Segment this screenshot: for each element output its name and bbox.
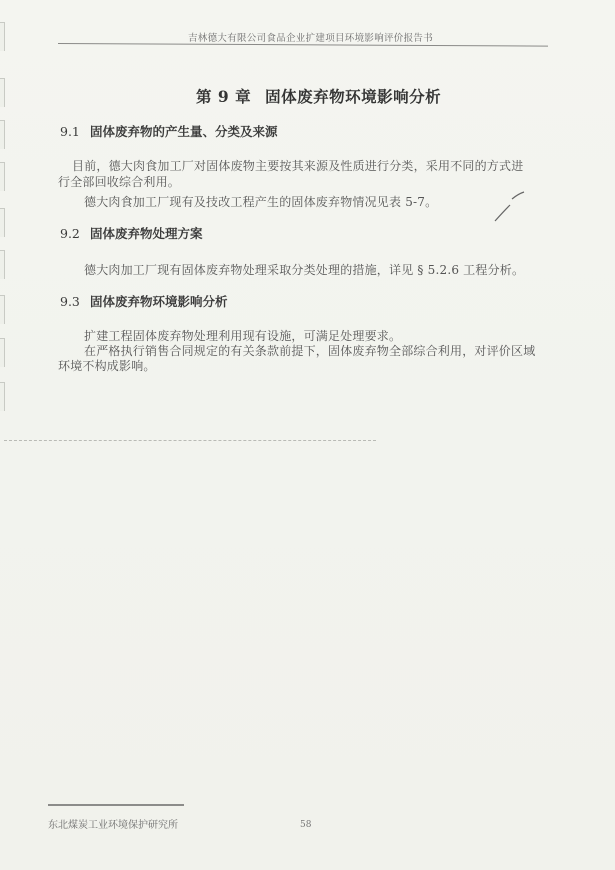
binding-mark: [0, 208, 5, 237]
scan-artifact-line: [4, 440, 376, 441]
chapter-title: 第 9 章固体废弃物环境影响分析: [196, 85, 441, 107]
paragraph-line: 环境不构成影响。: [58, 358, 156, 374]
binding-mark: [0, 250, 5, 279]
running-header: 吉林德大有限公司食品企业扩建项目环境影响评价报告书: [188, 30, 433, 44]
section-title: 固体废弃物处理方案: [90, 226, 203, 241]
binding-mark: [0, 120, 5, 149]
chapter-number: 第 9 章: [196, 87, 251, 106]
scanned-document-page: 吉林德大有限公司食品企业扩建项目环境影响评价报告书 第 9 章固体废弃物环境影响…: [0, 0, 615, 870]
paragraph-line: 扩建工程固体废弃物处理利用现有设施，可满足处理要求。: [84, 328, 401, 344]
paragraph-line: 德大肉食加工厂现有及技改工程产生的固体废弃物情况见表 5-7。: [84, 194, 437, 210]
paragraph-line: 行全部回收综合利用。: [58, 174, 180, 190]
section-number: 9.1: [60, 124, 90, 139]
section-heading-9-2: 9.2固体废弃物处理方案: [60, 224, 203, 242]
section-heading-9-1: 9.1固体废弃物的产生量、分类及来源: [60, 122, 278, 140]
binding-mark: [0, 78, 5, 107]
section-title: 固体废弃物环境影响分析: [90, 294, 228, 309]
section-title: 固体废弃物的产生量、分类及来源: [90, 124, 278, 139]
header-divider: [58, 43, 548, 47]
chapter-title-text: 固体废弃物环境影响分析: [265, 87, 441, 106]
section-number: 9.3: [60, 294, 90, 309]
binding-mark: [0, 22, 5, 51]
footer-organization: 东北煤炭工业环境保护研究所: [48, 816, 178, 831]
page-number: 58: [300, 820, 311, 830]
paragraph-line: 德大肉加工厂现有固体废弃物处理采取分类处理的措施，详见 § 5.2.6 工程分析…: [84, 262, 524, 278]
binding-mark: [0, 295, 5, 324]
binding-mark: [0, 382, 5, 411]
binding-mark: [0, 338, 5, 367]
section-heading-9-3: 9.3固体废弃物环境影响分析: [60, 292, 228, 310]
paragraph-line: 目前，德大肉食加工厂对固体废物主要按其来源及性质进行分类，采用不同的方式进: [72, 158, 523, 174]
binding-mark: [0, 162, 5, 191]
paragraph-line: 在严格执行销售合同规定的有关条款前提下，固体废弃物全部综合利用，对评价区域: [84, 343, 535, 359]
pen-mark-icon: [490, 185, 535, 225]
section-number: 9.2: [60, 226, 90, 241]
footer-divider: [48, 804, 184, 806]
